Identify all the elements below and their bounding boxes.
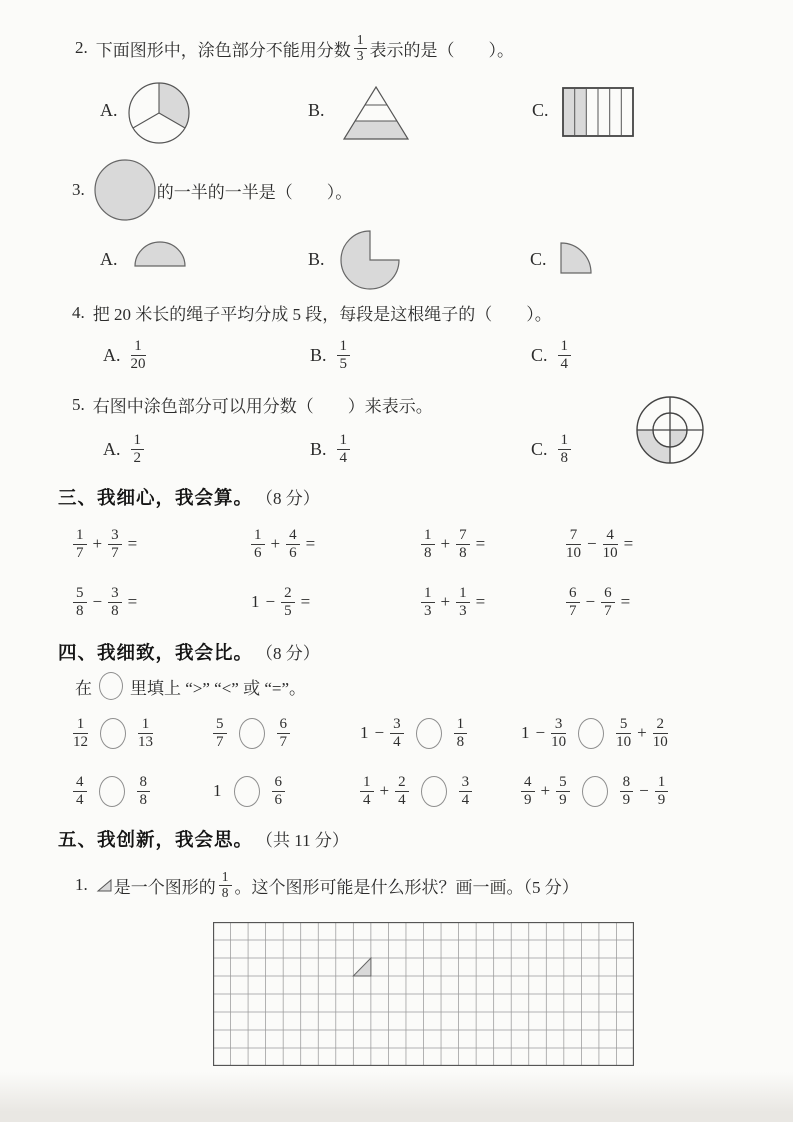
compare-instruction: 在 里填上 “>” “<” 或 “=”。 xyxy=(75,672,306,700)
fraction: 59 xyxy=(556,774,570,808)
q3-option-c-label: C. xyxy=(530,249,547,270)
fraction: 13 xyxy=(421,585,435,619)
operator: + xyxy=(637,723,647,743)
calc-problem: 710−410= xyxy=(563,527,636,561)
compare-problem: 4488 xyxy=(70,774,153,808)
q2-figure-triangle-bands xyxy=(340,84,412,142)
operator: − xyxy=(639,781,649,801)
compare-problem: 49+5989−19 xyxy=(518,774,671,808)
fraction: 410 xyxy=(603,527,618,561)
compare-problem: 5767 xyxy=(210,716,293,750)
section-calc-title: 三、我细心，我会算。 （8 分） xyxy=(58,484,320,510)
answer-grid xyxy=(213,922,634,1066)
fraction: 25 xyxy=(281,585,295,619)
fraction: 13 xyxy=(456,585,470,619)
operator: = xyxy=(128,534,138,554)
small-triangle-icon xyxy=(96,878,113,893)
operator: 1 xyxy=(360,723,369,743)
question-number: 3. xyxy=(72,180,85,200)
operator: = xyxy=(476,592,486,612)
question-number: 5. xyxy=(72,395,85,415)
fraction: 710 xyxy=(566,527,581,561)
compare-row-2: 448816614+243449+5989−19 xyxy=(70,774,750,822)
fraction: 67 xyxy=(566,585,580,619)
q5-option-b: B. 1 4 xyxy=(310,432,353,466)
calc-problem: 13+13= xyxy=(418,585,488,619)
q2-figure-circle-thirds xyxy=(128,79,190,147)
fraction: 310 xyxy=(551,716,566,750)
fraction: 113 xyxy=(138,716,153,750)
q4-option-a: A. 1 20 xyxy=(103,338,149,372)
operator: = xyxy=(621,592,631,612)
operator: − xyxy=(93,592,103,612)
question-3-text: 3. 的一半的一半是（ ）。 xyxy=(72,156,352,224)
operator: 1 xyxy=(521,723,530,743)
option-label: C. xyxy=(531,439,548,460)
fraction: 34 xyxy=(390,716,404,750)
fraction: 1 5 xyxy=(337,338,351,372)
compare-circle xyxy=(99,776,125,807)
calc-problem: 58−38= xyxy=(70,585,140,619)
operator: = xyxy=(301,592,311,612)
option-label: B. xyxy=(310,439,327,460)
compare-problem: 14+2434 xyxy=(357,774,475,808)
fraction-one-eighth: 1 8 xyxy=(219,870,232,899)
operator: − xyxy=(375,723,385,743)
q3-figure-quarter-circle xyxy=(558,240,594,276)
fraction: 44 xyxy=(73,774,87,808)
fraction: 19 xyxy=(655,774,669,808)
q3-figure-half-circle xyxy=(132,239,188,269)
fraction: 18 xyxy=(454,716,468,750)
fraction: 17 xyxy=(73,527,87,561)
fraction: 58 xyxy=(73,585,87,619)
compare-circle xyxy=(100,718,126,749)
question-text-after: 表示的是（ ）。 xyxy=(370,36,515,61)
grid-shaded-triangle xyxy=(353,958,371,976)
compare-circle xyxy=(578,718,604,749)
option-label: C. xyxy=(531,345,548,366)
operator: − xyxy=(586,592,596,612)
operator: = xyxy=(624,534,634,554)
q3-option-a-label: A. xyxy=(100,249,118,270)
question-number: 1. xyxy=(75,875,88,895)
option-label: A. xyxy=(103,345,121,366)
question-text: 把 20 米长的绳子平均分成 5 段，每段是这根绳子的（ ）。 xyxy=(93,300,552,325)
operator: + xyxy=(271,534,281,554)
question-4-text: 4. 把 20 米长的绳子平均分成 5 段，每段是这根绳子的（ ）。 xyxy=(72,300,552,325)
option-label: A. xyxy=(103,439,121,460)
fraction: 88 xyxy=(137,774,151,808)
fraction: 14 xyxy=(360,774,374,808)
compare-problem: 112113 xyxy=(70,716,156,750)
compare-problem: 1−310510+210 xyxy=(518,716,671,750)
question-text-after: 。这个图形可能是什么形状？画一画。（5 分） xyxy=(235,873,579,898)
question-2-text: 2. 下面图形中，涂色部分不能用分数 1 3 表示的是（ ）。 xyxy=(75,26,514,70)
q5-figure-concentric-circles xyxy=(632,392,708,468)
compare-circle xyxy=(421,776,447,807)
operator: + xyxy=(441,534,451,554)
fraction: 66 xyxy=(272,774,286,808)
compare-circle xyxy=(234,776,260,807)
q2-figure-rect-strips xyxy=(562,87,634,137)
operator: + xyxy=(441,592,451,612)
fraction: 57 xyxy=(213,716,227,750)
compare-circle xyxy=(582,776,608,807)
fraction: 1 8 xyxy=(558,432,572,466)
q2-option-a-label: A. xyxy=(100,100,118,121)
fraction: 24 xyxy=(395,774,409,808)
fraction: 78 xyxy=(456,527,470,561)
fraction: 46 xyxy=(286,527,300,561)
question-text-after: 的一半的一半是（ ）。 xyxy=(157,178,353,203)
operator: = xyxy=(476,534,486,554)
operator: = xyxy=(306,534,316,554)
compare-problem: 166 xyxy=(210,774,288,808)
think-question-1: 1. 是一个图形的 1 8 。这个图形可能是什么形状？画一画。（5 分） xyxy=(75,862,579,908)
operator: = xyxy=(128,592,138,612)
operator: + xyxy=(93,534,103,554)
compare-circle xyxy=(416,718,442,749)
option-label: B. xyxy=(310,345,327,366)
operator: − xyxy=(266,592,276,612)
q4-option-b: B. 1 5 xyxy=(310,338,353,372)
compare-row-1: 11211357671−34181−310510+210 xyxy=(70,716,750,764)
fraction: 510 xyxy=(616,716,631,750)
calc-problem: 1−25= xyxy=(248,585,313,619)
question-text: 右图中涂色部分可以用分数（ ）来表示。 xyxy=(93,392,433,417)
fraction: 34 xyxy=(459,774,473,808)
fraction: 18 xyxy=(421,527,435,561)
calc-problem: 18+78= xyxy=(418,527,488,561)
q2-option-b-label: B. xyxy=(308,100,325,121)
fraction: 1 2 xyxy=(131,432,145,466)
question-5-text: 5. 右图中涂色部分可以用分数（ ）来表示。 xyxy=(72,392,433,417)
calc-problem: 16+46= xyxy=(248,527,318,561)
q5-option-a: A. 1 2 xyxy=(103,432,147,466)
compare-problem: 1−3418 xyxy=(357,716,470,750)
fraction: 67 xyxy=(277,716,291,750)
q3-figure-three-quarter-circle xyxy=(338,228,402,292)
fraction: 38 xyxy=(108,585,122,619)
q4-option-c: C. 1 4 xyxy=(531,338,574,372)
question-number: 4. xyxy=(72,303,85,323)
q3-figure-shaded-circle xyxy=(93,158,157,222)
fraction-one-third: 1 3 xyxy=(354,33,367,62)
question-text-before: 是一个图形的 xyxy=(114,873,216,898)
question-text-before: 下面图形中，涂色部分不能用分数 xyxy=(96,36,351,61)
q3-option-b-label: B. xyxy=(308,249,325,270)
operator: − xyxy=(587,534,597,554)
fraction: 37 xyxy=(108,527,122,561)
calc-row-2: 58−38=1−25=13+13=67−67= xyxy=(70,585,730,633)
fraction: 89 xyxy=(620,774,634,808)
fraction: 16 xyxy=(251,527,265,561)
compare-circle xyxy=(239,718,265,749)
fraction: 210 xyxy=(653,716,668,750)
calc-problem: 67−67= xyxy=(563,585,633,619)
operator: 1 xyxy=(251,592,260,612)
section-think-title: 五、我创新，我会思。 （共 11 分） xyxy=(58,826,349,852)
q5-option-c: C. 1 8 xyxy=(531,432,574,466)
calc-problem: 17+37= xyxy=(70,527,140,561)
fraction: 67 xyxy=(601,585,615,619)
fraction: 49 xyxy=(521,774,535,808)
section-compare-title: 四、我细致，我会比。 （8 分） xyxy=(58,639,320,665)
fraction: 112 xyxy=(73,716,88,750)
blank-circle-icon xyxy=(99,672,123,700)
scan-shadow xyxy=(0,1072,793,1122)
calc-row-1: 17+37=16+46=18+78=710−410= xyxy=(70,527,730,575)
fraction: 1 4 xyxy=(558,338,572,372)
operator: − xyxy=(536,723,546,743)
question-number: 2. xyxy=(75,38,88,58)
fraction: 1 4 xyxy=(337,432,351,466)
q2-option-c-label: C. xyxy=(532,100,549,121)
operator: 1 xyxy=(213,781,222,801)
operator: + xyxy=(541,781,551,801)
fraction: 1 20 xyxy=(131,338,146,372)
operator: + xyxy=(380,781,390,801)
